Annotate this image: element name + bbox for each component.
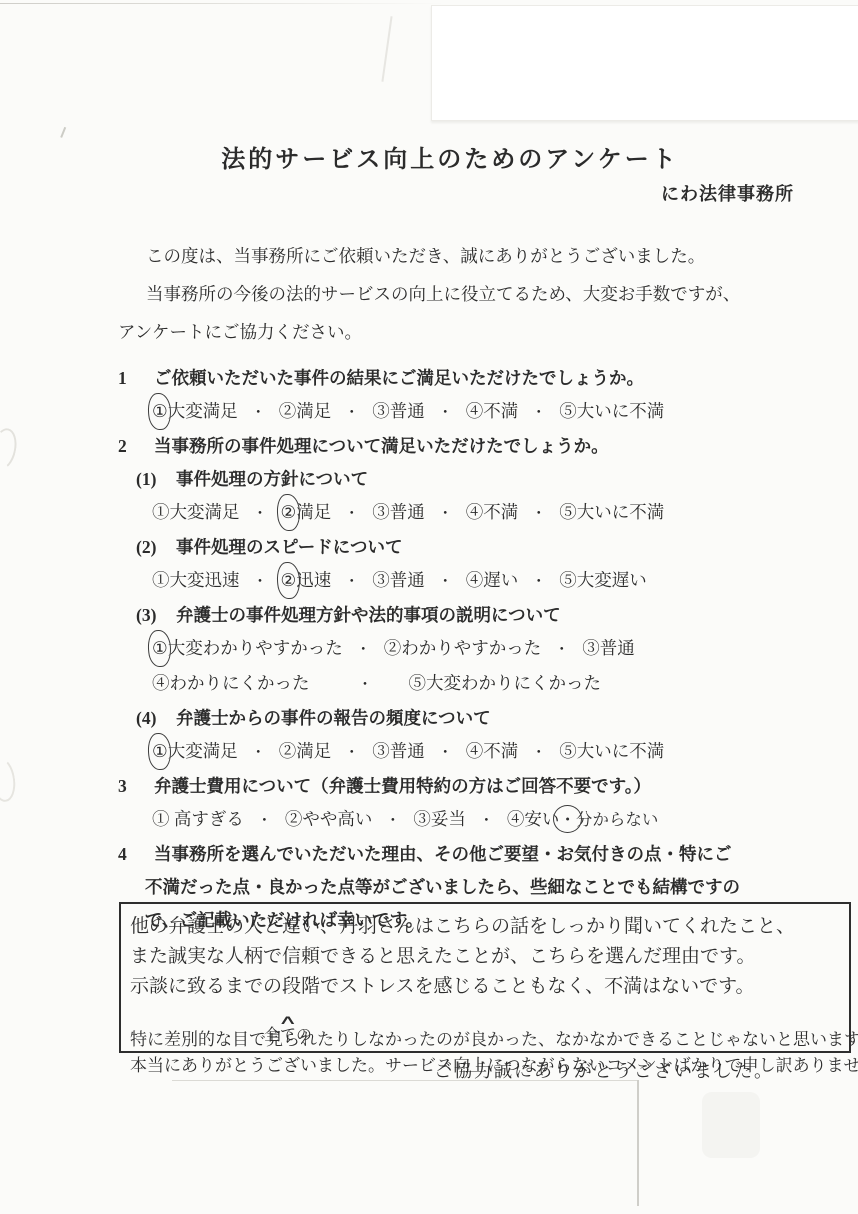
answer-option: ④安い — [507, 803, 560, 836]
question-text: ご依頼いただいた事件の結果にご満足いただけたでしょうか。 — [154, 362, 644, 395]
answer-options-row: ①大変満足・②満足・③普通・④不満・⑤大いに不満 — [118, 496, 798, 531]
answer-option: ②わかりやすかった — [384, 632, 542, 665]
option-separator: ・ — [531, 397, 546, 430]
scan-smudge — [702, 1092, 760, 1158]
answer-options-row: ① 高すぎる・②やや高い・③妥当・④安い・分からない — [118, 803, 798, 838]
answer-options-row: ①大変わかりやすかった・②わかりやすかった・③普通 — [118, 632, 798, 667]
question-heading: (1)事件処理の方針について — [118, 463, 798, 496]
answer-option: ④遅い — [466, 564, 519, 597]
answer-option: ①大変満足 — [152, 496, 240, 529]
answer-option: ③普通 — [372, 496, 425, 529]
answer-option: ⑤大いに不満 — [559, 395, 664, 428]
option-separator: ・ — [358, 669, 373, 702]
question-number: (4) — [136, 702, 176, 735]
scan-smudge-arc — [0, 757, 18, 804]
firm-name: にわ法律事務所 — [661, 180, 794, 206]
answer-option: ③普通 — [582, 632, 635, 665]
option-separator: ・ — [344, 397, 359, 430]
question-heading: 3弁護士費用について（弁護士費用特約の方はご回答不要です。） — [118, 770, 798, 803]
handwritten-comment-line: 示談に致るまでの∧全ての段階でストレスを感じることもなく、不満はないです。 — [130, 971, 840, 1001]
question-text: 事件処理の方針について — [176, 463, 368, 496]
question-heading: 2当事務所の事件処理について満足いただけたでしょうか。 — [118, 430, 798, 463]
question-number: (2) — [136, 531, 176, 564]
comment-box: 他の弁護士の人と違い、丹羽さんはこちらの話をしっかり聞いてくれたこと、また誠実な… — [119, 902, 851, 1053]
handwritten-comment-line: 特に差別的な目で見られたりしなかったのが良かった、なかなかできることじゃないと思… — [130, 1027, 840, 1053]
answer-options-row: ④わかりにくかった・⑤大変わかりにくかった — [118, 667, 798, 702]
answer-option: ④不満 — [466, 735, 519, 768]
scanned-survey-document: 法的サービス向上のためのアンケート にわ法律事務所 この度は、当事務所にご依頼い… — [0, 0, 858, 1214]
option-separator: ・ — [251, 737, 266, 770]
answer-options-row: ①大変満足・②満足・③普通・④不満・⑤大いに不満 — [118, 735, 798, 770]
handwritten-answer: 分からない — [576, 803, 659, 836]
survey-question: 2当事務所の事件処理について満足いただけたでしょうか。 — [118, 430, 798, 463]
answer-option: ④不満 — [466, 395, 519, 428]
question-text: 不満だった点・良かった点等がございましたら、些細なことでも結構ですの — [118, 871, 798, 904]
answer-option: ③普通 — [372, 735, 425, 768]
handwritten-insertion: ∧全ての — [264, 1014, 312, 1043]
answer-option: ②満足 — [279, 735, 332, 768]
question-heading: 1ご依頼いただいた事件の結果にご満足いただけたでしょうか。 — [118, 362, 798, 395]
intro-line: この度は、当事務所にご依頼いただき、誠にありがとうございました。 — [118, 237, 778, 275]
answer-option: ②迅速 — [281, 564, 332, 597]
intro-line: アンケートにご協力ください。 — [118, 313, 778, 351]
scan-smudge-arc — [0, 426, 20, 472]
option-separator: ・ — [344, 566, 359, 599]
intro-line: 当事務所の今後の法的サービスの向上に役立てるため、大変お手数ですが、 — [118, 275, 778, 313]
insertion-text: 全ての — [264, 1027, 312, 1043]
page-title: 法的サービス向上のためのアンケート — [21, 139, 858, 174]
answer-option: ③普通 — [372, 395, 425, 428]
selected-answer-circle: ② — [281, 564, 297, 597]
question-text: 弁護士の事件処理方針や法的事項の説明について — [176, 599, 561, 632]
answer-option: ④不満 — [466, 496, 519, 529]
answer-option: ①大変わかりやすかった — [152, 632, 343, 665]
option-separator: ・ — [531, 737, 546, 770]
question-number: 1 — [118, 362, 154, 395]
question-number: 3 — [118, 770, 154, 803]
answer-option: ①大変満足 — [152, 395, 238, 428]
answer-option: ④わかりにくかった — [152, 667, 310, 700]
option-separator: ・ — [438, 498, 453, 531]
blank-paper-patch — [431, 5, 858, 121]
option-separator: ・ — [385, 805, 400, 838]
option-separator: ・ — [257, 805, 272, 838]
question-number: (3) — [136, 599, 176, 632]
question-text: 当事務所を選んでいただいた理由、その他ご要望・お気付きの点・特にご — [154, 838, 732, 871]
option-separator: ・ — [253, 498, 268, 531]
selected-answer-circle: ① — [152, 395, 168, 428]
option-separator: ・ — [253, 566, 268, 599]
answer-option: ⑤大いに不満 — [559, 735, 664, 768]
answer-option: ① 高すぎる — [152, 803, 244, 836]
answer-option: ②満足 — [279, 395, 332, 428]
survey-question: (3)弁護士の事件処理方針や法的事項の説明について①大変わかりやすかった・②わか… — [118, 599, 798, 702]
answer-option: ③普通 — [372, 564, 425, 597]
question-text: 事件処理のスピードについて — [176, 531, 402, 564]
answer-options-row: ①大変迅速・②迅速・③普通・④遅い・⑤大変遅い — [118, 564, 798, 599]
answer-option: ②やや高い — [285, 803, 373, 836]
survey-question: 1ご依頼いただいた事件の結果にご満足いただけたでしょうか。①大変満足・②満足・③… — [118, 362, 798, 430]
option-separator: ・ — [531, 566, 546, 599]
option-separator: ・ — [438, 397, 453, 430]
question-number: 2 — [118, 430, 154, 463]
option-separator: ・ — [554, 634, 569, 667]
question-text: 弁護士からの事件の報告の頻度について — [176, 702, 491, 735]
selected-answer-circle: ① — [152, 632, 168, 665]
survey-question: (4)弁護士からの事件の報告の頻度について①大変満足・②満足・③普通・④不満・⑤… — [118, 702, 798, 770]
option-separator: ・ — [251, 397, 266, 430]
handwritten-answer: ・ — [559, 803, 576, 836]
answer-option: ③妥当 — [413, 803, 466, 836]
question-heading: (2)事件処理のスピードについて — [118, 531, 798, 564]
option-separator: ・ — [531, 498, 546, 531]
intro-paragraph: この度は、当事務所にご依頼いただき、誠にありがとうございました。 当事務所の今後… — [118, 237, 778, 351]
paper-crease-mark — [381, 16, 392, 82]
question-heading: 4当事務所を選んでいただいた理由、その他ご要望・お気付きの点・特にご — [118, 838, 798, 871]
answer-option: ①大変迅速 — [152, 564, 240, 597]
closing-thanks: ご協力誠にありがとうございました。 — [434, 1057, 774, 1083]
handwritten-comment-line: 他の弁護士の人と違い、丹羽さんはこちらの話をしっかり聞いてくれたこと、 — [130, 911, 840, 941]
answer-option: ①大変満足 — [152, 735, 238, 768]
option-separator: ・ — [438, 737, 453, 770]
option-separator: ・ — [344, 498, 359, 531]
selected-answer-circle: ・ — [559, 803, 576, 836]
answer-option: ⑤大いに不満 — [559, 496, 664, 529]
survey-question: (2)事件処理のスピードについて①大変迅速・②迅速・③普通・④遅い・⑤大変遅い — [118, 531, 798, 599]
question-number: 4 — [118, 838, 154, 871]
question-number: (1) — [136, 463, 176, 496]
answer-options-row: ①大変満足・②満足・③普通・④不満・⑤大いに不満 — [118, 395, 798, 430]
question-text: 当事務所の事件処理について満足いただけたでしょうか。 — [154, 430, 609, 463]
option-separator: ・ — [344, 737, 359, 770]
selected-answer-circle: ② — [281, 496, 297, 529]
answer-option: ⑤大変遅い — [559, 564, 647, 597]
underlying-sheet-edge — [637, 1080, 639, 1206]
scan-edge-line — [0, 3, 445, 4]
option-separator: ・ — [356, 634, 371, 667]
option-separator: ・ — [438, 566, 453, 599]
handwritten-comment-line: また誠実な人柄で信頼できると思えたことが、こちらを選んだ理由です。 — [130, 941, 840, 971]
questions-section: 1ご依頼いただいた事件の結果にご満足いただけたでしょうか。①大変満足・②満足・③… — [118, 362, 798, 937]
question-heading: (3)弁護士の事件処理方針や法的事項の説明について — [118, 599, 798, 632]
survey-question: 3弁護士費用について（弁護士費用特約の方はご回答不要です。）① 高すぎる・②やや… — [118, 770, 798, 838]
selected-answer-circle: ① — [152, 735, 168, 768]
question-text: 弁護士費用について（弁護士費用特約の方はご回答不要です。） — [154, 770, 651, 803]
survey-question: (1)事件処理の方針について①大変満足・②満足・③普通・④不満・⑤大いに不満 — [118, 463, 798, 531]
option-separator: ・ — [479, 805, 494, 838]
answer-option: ⑤大変わかりにくかった — [409, 667, 602, 700]
insertion-caret-icon: ∧ — [278, 1014, 298, 1027]
answer-option: ②満足 — [281, 496, 332, 529]
question-heading: (4)弁護士からの事件の報告の頻度について — [118, 702, 798, 735]
